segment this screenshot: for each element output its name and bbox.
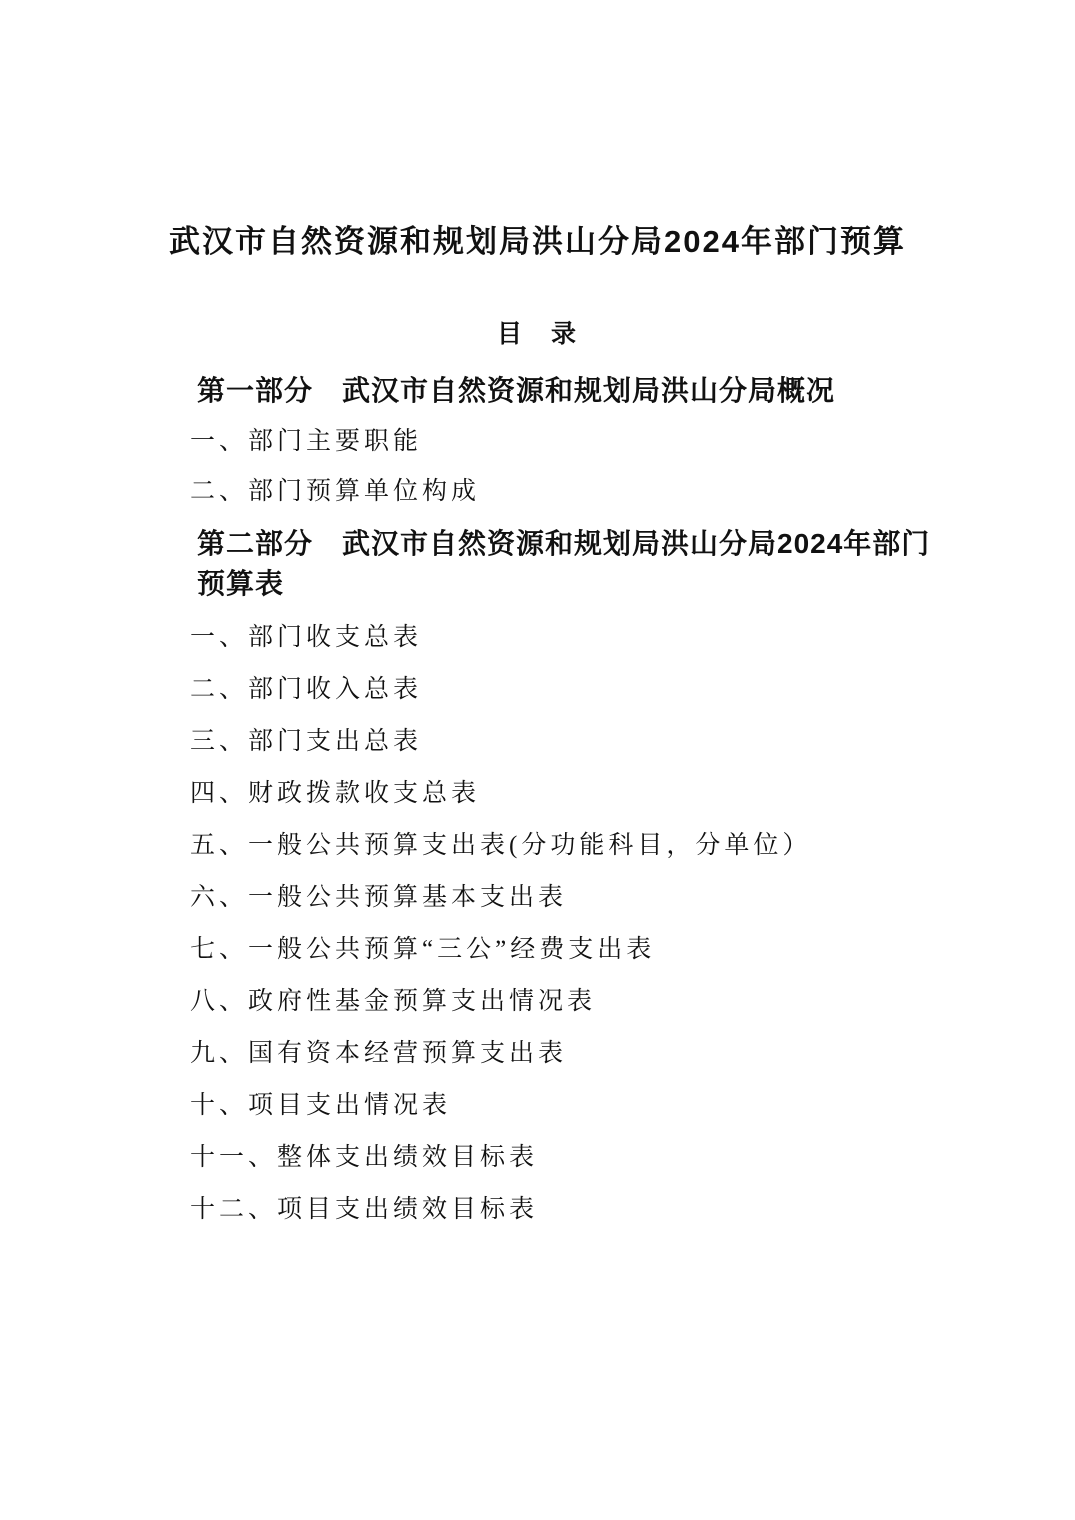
document-page: 武汉市自然资源和规划局洪山分局2024年部门预算 目 录 第一部分 武汉市自然资… (0, 0, 1075, 1520)
part2-item-7: 七、一般公共预算“三公”经费支出表 (190, 935, 990, 965)
part2-item-3: 三、部门支出总表 (190, 727, 990, 757)
toc-heading: 目 录 (0, 318, 1075, 350)
part2-item-11: 十一、整体支出绩效目标表 (190, 1143, 990, 1173)
part1-item-1: 一、部门主要职能 (190, 427, 990, 457)
part2-item-10: 十、项目支出情况表 (190, 1091, 990, 1121)
part2-item-9: 九、国有资本经营预算支出表 (190, 1039, 990, 1069)
part2-item-4: 四、财政拨款收支总表 (190, 779, 990, 809)
part1-item-2: 二、部门预算单位构成 (190, 477, 990, 507)
part1-heading: 第一部分 武汉市自然资源和规划局洪山分局概况 (197, 371, 957, 411)
part2-item-1: 一、部门收支总表 (190, 623, 990, 653)
part2-item-2: 二、部门收入总表 (190, 675, 990, 705)
part2-item-12: 十二、项目支出绩效目标表 (190, 1195, 990, 1225)
document-title: 武汉市自然资源和规划局洪山分局2024年部门预算 (0, 222, 1075, 262)
part2-item-6: 六、一般公共预算基本支出表 (190, 883, 990, 913)
part2-item-5: 五、一般公共预算支出表(分功能科目，分单位） (190, 831, 990, 861)
part2-heading: 第二部分 武汉市自然资源和规划局洪山分局2024年部门预算表 (197, 524, 957, 604)
part2-item-8: 八、政府性基金预算支出情况表 (190, 987, 990, 1017)
